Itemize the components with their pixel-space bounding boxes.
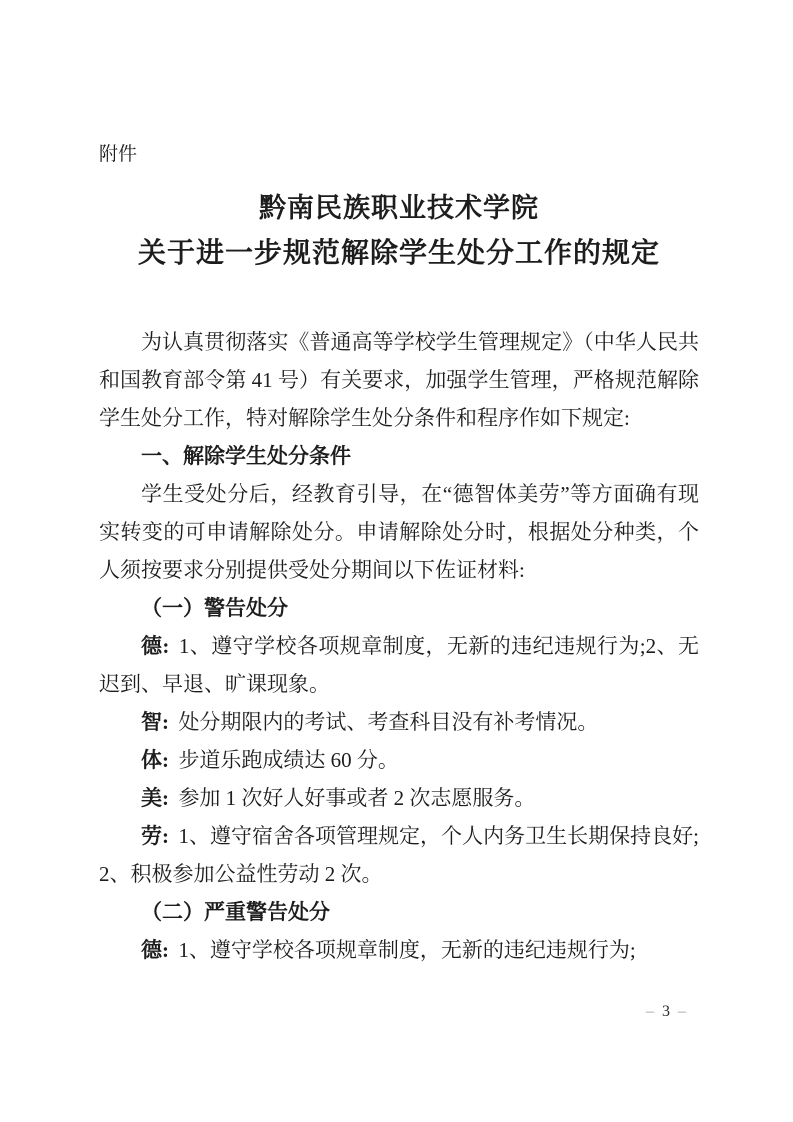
criteria-item-de-2: 德:1、遵守学校各项规章制度，无新的违纪违规行为; (99, 931, 699, 969)
page-number-dash-left: – (639, 1003, 662, 1020)
criteria-item-zhi: 智:处分期限内的考试、考查科目没有补考情况。 (99, 703, 699, 741)
criteria-label-ti: 体: (141, 748, 169, 772)
criteria-label-zhi: 智: (141, 710, 169, 734)
criteria-text-de: 1、遵守学校各项规章制度，无新的违纪违规行为;2、无迟到、早退、旷课现象。 (99, 634, 699, 696)
page-number-dash-right: – (671, 1003, 694, 1020)
criteria-text-ti: 步道乐跑成绩达 60 分。 (178, 748, 399, 772)
criteria-text-lao: 1、遵守宿舍各项管理规定，个人内务卫生长期保持良好; 2、积极参加公益性劳动 2… (99, 824, 699, 886)
page-number-value: 3 (662, 1003, 671, 1020)
section-1-heading: 一、解除学生处分条件 (99, 437, 699, 475)
criteria-text-mei: 参加 1 次好人好事或者 2 次志愿服务。 (178, 786, 535, 810)
intro-paragraph: 为认真贯彻落实《普通高等学校学生管理规定》（中华人民共和国教育部令第 41 号）… (99, 323, 699, 437)
page-number: –3– (639, 1001, 694, 1023)
criteria-label-lao: 劳: (141, 824, 169, 848)
document-title-line-2: 关于进一步规范解除学生处分工作的规定 (99, 231, 699, 277)
document-page: 附件 黔南民族职业技术学院 关于进一步规范解除学生处分工作的规定 为认真贯彻落实… (0, 0, 793, 1122)
criteria-label-mei: 美: (141, 786, 169, 810)
criteria-item-lao: 劳:1、遵守宿舍各项管理规定，个人内务卫生长期保持良好; 2、积极参加公益性劳动… (99, 817, 699, 893)
subsection-1-heading: （一）警告处分 (99, 589, 699, 627)
criteria-item-mei: 美:参加 1 次好人好事或者 2 次志愿服务。 (99, 779, 699, 817)
document-title-line-1: 黔南民族职业技术学院 (99, 185, 699, 231)
criteria-item-de: 德:1、遵守学校各项规章制度，无新的违纪违规行为;2、无迟到、早退、旷课现象。 (99, 627, 699, 703)
criteria-text-zhi: 处分期限内的考试、考查科目没有补考情况。 (178, 710, 598, 734)
section-1-intro: 学生受处分后，经教育引导，在“德智体美劳”等方面确有现实转变的可申请解除处分。申… (99, 475, 699, 589)
attachment-label: 附件 (99, 140, 699, 170)
document-body: 为认真贯彻落实《普通高等学校学生管理规定》（中华人民共和国教育部令第 41 号）… (99, 323, 699, 969)
subsection-2-heading: （二）严重警告处分 (99, 893, 699, 931)
criteria-label-de-2: 德: (141, 938, 169, 962)
criteria-label-de: 德: (141, 634, 169, 658)
document-content: 附件 黔南民族职业技术学院 关于进一步规范解除学生处分工作的规定 为认真贯彻落实… (99, 140, 699, 969)
criteria-item-ti: 体:步道乐跑成绩达 60 分。 (99, 741, 699, 779)
criteria-text-de-2: 1、遵守学校各项规章制度，无新的违纪违规行为; (178, 938, 635, 962)
